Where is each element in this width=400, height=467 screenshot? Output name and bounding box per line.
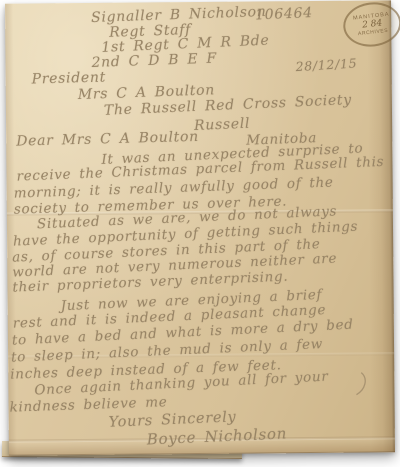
recipient-line: President [31,70,106,88]
paper-right-edge-shading [367,0,395,452]
sender-service-number: 106464 [255,5,313,23]
letter-photo: Signaller B Nicholson 106464 Regt Staff … [0,0,400,467]
recipient-line: Russell [194,116,251,134]
letter-paper: Signaller B Nicholson 106464 Regt Staff … [5,0,395,455]
salutation: Dear Mrs C A Boulton [16,129,199,150]
pencil-mark [354,371,370,397]
paper-left-edge-shading [5,4,17,456]
sender-unit-line: 2nd C D B E F [91,51,217,71]
letter-date: 28/12/15 [295,55,358,74]
